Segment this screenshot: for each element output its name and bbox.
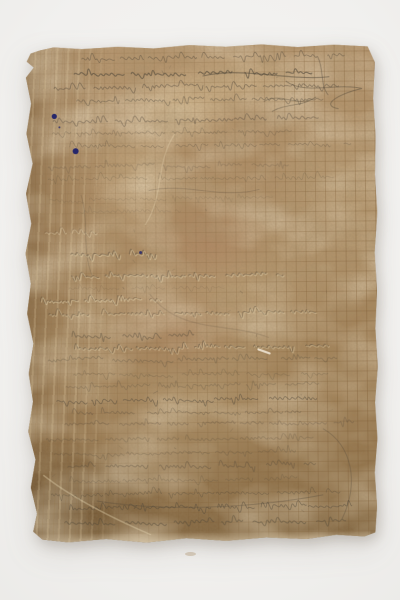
ink-dot <box>58 126 60 128</box>
ink-dot <box>52 114 57 119</box>
paper-surface <box>24 42 381 544</box>
photo-background <box>0 0 400 600</box>
ink-marks-layer <box>24 42 381 544</box>
scratch-mark <box>259 349 270 353</box>
ink-dot <box>139 251 142 254</box>
document-sheet <box>24 42 381 544</box>
background-smudge <box>185 552 196 556</box>
ink-dot <box>73 148 79 154</box>
